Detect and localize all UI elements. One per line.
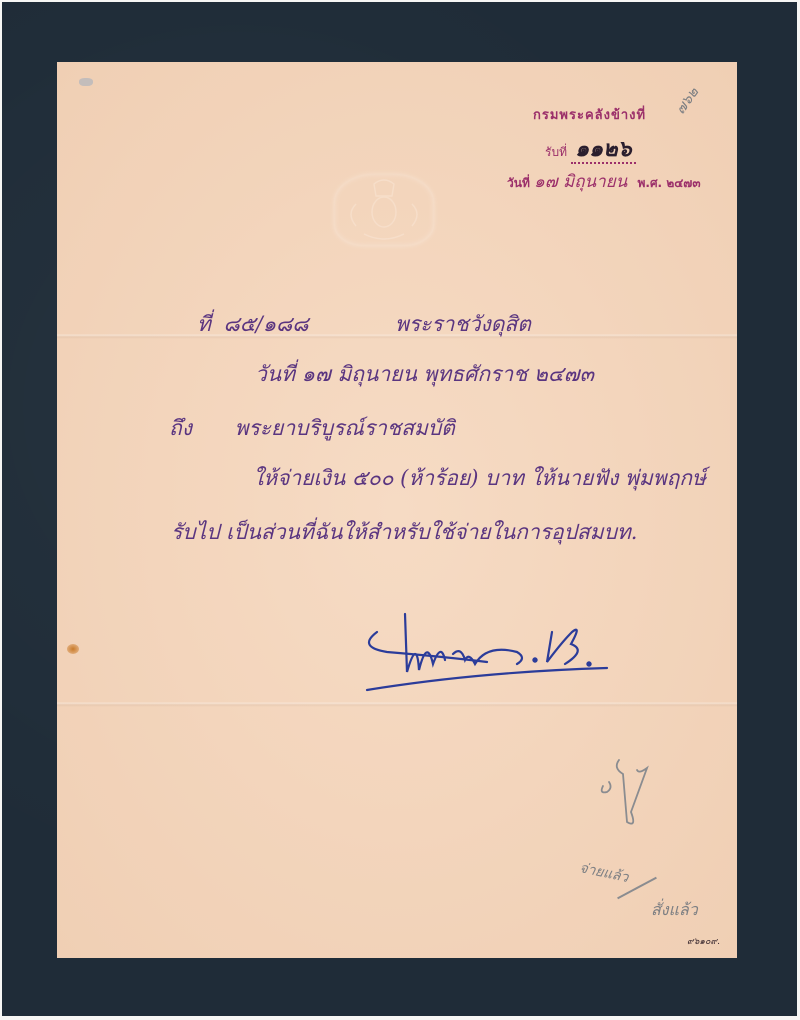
bottom-corner-mark: ๙๖๑๐๙. bbox=[687, 934, 720, 948]
recipient-name: พระยาบริบูรณ์ราชสมบัติ bbox=[235, 416, 455, 440]
reference-line: ที่ ๘๕/๑๘๘ bbox=[197, 308, 308, 341]
body-line-1: ให้จ่ายเงิน ๕๐๐ (ห้าร้อย) บาท ให้นายฟัง … bbox=[253, 462, 706, 495]
place-name: พระราชวังดุสิต bbox=[395, 308, 531, 341]
reference-label: ที่ bbox=[197, 312, 211, 336]
body-line-2: รับไป เป็นส่วนที่ฉันให้สำหรับใช้จ่ายในกา… bbox=[171, 516, 637, 549]
pencil-note-ordered: สั่งแล้ว bbox=[651, 898, 698, 923]
stamp-received-row: รับที่ ๑๑๒๖ bbox=[545, 131, 735, 166]
stain-spot bbox=[67, 644, 79, 654]
pencil-note-paid: จ่ายแล้ว bbox=[577, 857, 630, 889]
recipient-line: ถึง พระยาบริบูรณ์ราชสมบัติ bbox=[169, 412, 455, 445]
pin-mark bbox=[79, 78, 93, 86]
reference-number: ๘๕/๑๘๘ bbox=[224, 312, 309, 336]
stamp-received-label: รับที่ bbox=[545, 145, 567, 159]
stamp-date-row: วันที่ ๑๗ มิถุนายน พ.ศ. ๒๔๗๓ bbox=[507, 168, 735, 195]
stamp-received-number: ๑๑๒๖ bbox=[571, 136, 635, 164]
stamp-date-label: วันที่ bbox=[507, 176, 530, 190]
stamp-year: ๒๔๗๓ bbox=[666, 176, 700, 190]
date-line: วันที่ ๑๗ มิถุนายน พุทธศักราช ๒๔๗๓ bbox=[255, 358, 594, 391]
embossed-royal-crest-icon bbox=[334, 174, 434, 246]
stamp-date-handwritten: ๑๗ มิถุนายน bbox=[534, 172, 627, 192]
pencil-initial: ปรู bbox=[597, 752, 657, 832]
stamp-era-label: พ.ศ. bbox=[637, 176, 662, 190]
to-label: ถึง bbox=[169, 416, 192, 440]
receipt-stamp: กรมพระคลังข้างที่ รับที่ ๑๑๒๖ วันที่ ๑๗ … bbox=[515, 104, 735, 195]
letter-paper: กรมพระคลังข้างที่ รับที่ ๑๑๒๖ วันที่ ๑๗ … bbox=[57, 62, 737, 958]
signature-stroke-icon bbox=[357, 602, 637, 702]
royal-signature: ประชาธิปก ป.ร. bbox=[357, 602, 637, 702]
stamp-department: กรมพระคลังข้างที่ bbox=[533, 104, 735, 125]
